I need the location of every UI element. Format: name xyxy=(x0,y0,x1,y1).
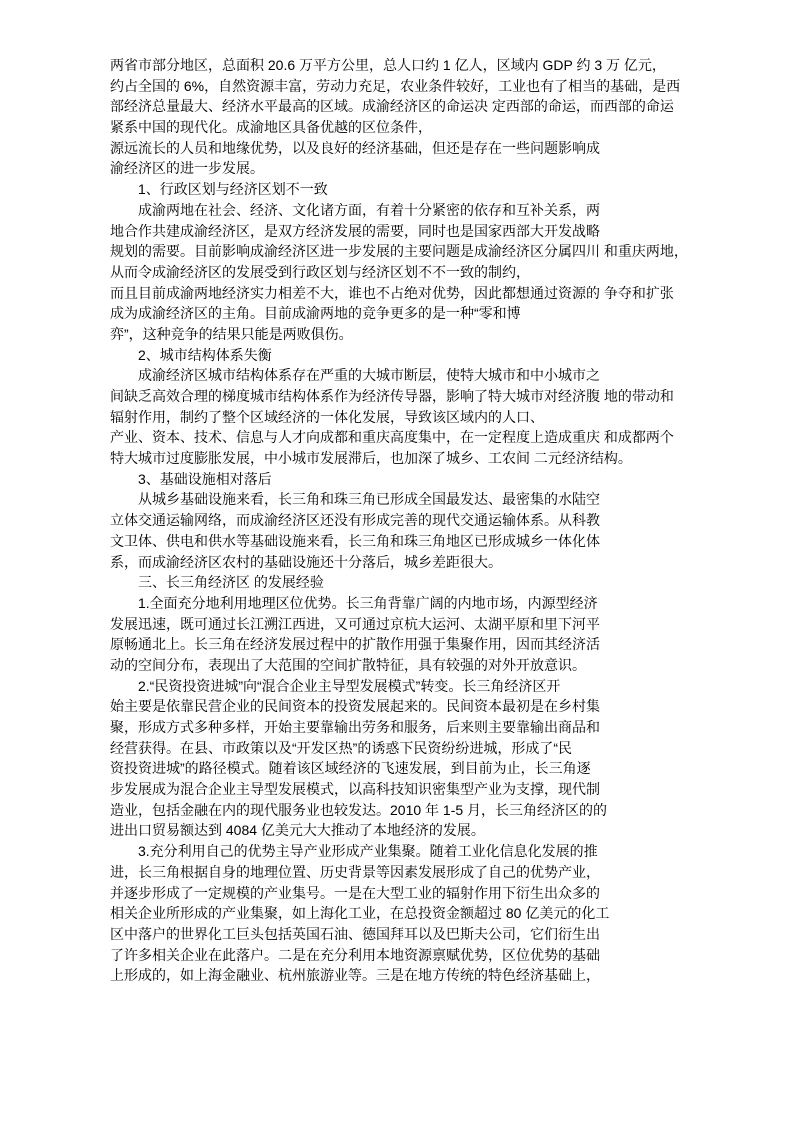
text-line: 从而令成渝经济区的发展受到行政区划与经济区划不不一致的制约， xyxy=(110,262,710,283)
document-page: 两省市部分地区，总面积 20.6 万平方公里，总人口约 1 亿人，区域内 GDP… xyxy=(0,0,794,1122)
text-line: 并逐步形成了一定规模的产业集号。一是在大型工业的辐射作用下衍生出众多的 xyxy=(110,883,710,904)
text-line: 进，长三角根据自身的地理位置、历史背景等因素发展形成了自己的优势产业， xyxy=(110,862,710,883)
text-line: 1.全面充分地利用地理区位优势。长三角背靠广阔的内地市场，内源型经济 xyxy=(110,593,710,614)
text-line: 约占全国的 6%，自然资源丰富，劳动力充足，农业条件较好，工业也有了相当的基础，… xyxy=(110,76,710,97)
text-line: 始主要是依靠民营企业的民间资本的投资发展起来的。民间资本最初是在乡村集 xyxy=(110,696,710,717)
text-line: 而且目前成渝两地经济实力相差不大，谁也不占绝对优势，因此都想通过资源的 争夺和扩… xyxy=(110,283,710,304)
text-line: 原畅通北上。长三角在经济发展过程中的扩散作用强于集聚作用，因而其经济活 xyxy=(110,634,710,655)
section-heading-line: 1、行政区划与经济区划不一致 xyxy=(110,179,710,200)
text-line: 源远流长的人员和地缘优势，以及良好的经济基础，但还是存在一些问题影响成 xyxy=(110,138,710,159)
text-line: 系，而成渝经济区农村的基础设施还十分落后，城乡差距很大。 xyxy=(110,552,710,573)
text-line: 紧系中国的现代化。成渝地区具备优越的区位条件， xyxy=(110,117,710,138)
text-line: 相关企业所形成的产业集聚，如上海化工业，在总投资金额超过 80 亿美元的化工 xyxy=(110,903,710,924)
text-line: 特大城市过度膨胀发展，中小城市发展滞后，也加深了城乡、工农间 二元经济结构。 xyxy=(110,448,710,469)
text-line: 文卫体、供电和供水等基础设施来看，长三角和珠三角地区已形成城乡一体化体 xyxy=(110,531,710,552)
text-line: 2.“民资投资进城”向“混合企业主导型发展模式”转变。长三角经济区开 xyxy=(110,676,710,697)
text-line: 了许多相关企业在此落户。二是在充分利用本地资源禀赋优势，区位优势的基础 xyxy=(110,945,710,966)
section-heading-line: 三、长三角经济区 的发展经验 xyxy=(110,572,710,593)
text-line: 渝经济区的进一步发展。 xyxy=(110,158,710,179)
text-line: 成为成渝经济区的主角。目前成渝两地的竞争更多的是一种“零和博 xyxy=(110,303,710,324)
text-line: 两省市部分地区，总面积 20.6 万平方公里，总人口约 1 亿人，区域内 GDP… xyxy=(110,55,710,76)
section-heading-line: 2、城市结构体系失衡 xyxy=(110,345,710,366)
text-line: 规划的需要。目前影响成渝经济区进一步发展的主要问题是成渝经济区分属四川 和重庆两… xyxy=(110,241,710,262)
text-line: 发展迅速，既可通过长江溯江西进，又可通过京杭大运河、太湖平原和里下河平 xyxy=(110,614,710,635)
text-line: 资投资进城”的路径模式。随着该区域经济的飞速发展，到目前为止，长三角逐 xyxy=(110,758,710,779)
text-line: 辐射作用，制约了整个区域经济的一体化发展，导致该区域内的人口、 xyxy=(110,407,710,428)
text-line: 地合作共建成渝经济区，是双方经济发展的需要，同时也是国家西部大开发战略 xyxy=(110,221,710,242)
text-line: 动的空间分布，表现出了大范围的空间扩散特征，具有较强的对外开放意识。 xyxy=(110,655,710,676)
text-line: 弈”，这种竞争的结果只能是两败俱伤。 xyxy=(110,324,710,345)
section-heading-line: 3、基础设施相对落后 xyxy=(110,469,710,490)
text-line: 立体交通运输网络，而成渝经济区还没有形成完善的现代交通运输体系。从科教 xyxy=(110,510,710,531)
text-line: 部经济总量最大、经济水平最高的区域。成渝经济区的命运决 定西部的命运，而西部的命… xyxy=(110,96,710,117)
text-line: 上形成的，如上海金融业、杭州旅游业等。三是在地方传统的特色经济基础上， xyxy=(110,965,710,986)
text-line: 间缺乏高效合理的梯度城市结构体系作为经济传导器，影响了特大城市对经济腹 地的带动… xyxy=(110,386,710,407)
text-line: 经营获得。在县、市政策以及“开发区热”的诱惑下民资纷纷进城，形成了“民 xyxy=(110,738,710,759)
text-line: 成渝经济区城市结构体系存在严重的大城市断层，使特大城市和中小城市之 xyxy=(110,365,710,386)
text-line: 聚，形成方式多种多样，开始主要靠输出劳务和服务，后来则主要靠输出商品和 xyxy=(110,717,710,738)
text-line: 成渝两地在社会、经济、文化诸方面，有着十分紧密的依存和互补关系，两 xyxy=(110,200,710,221)
text-line: 进出口贸易额达到 4084 亿美元大大推动了本地经济的发展。 xyxy=(110,820,710,841)
text-line: 3.充分利用自己的优势主导产业形成产业集聚。随着工业化信息化发展的推 xyxy=(110,841,710,862)
text-line: 区中落户的世界化工巨头包括英国石油、德国拜耳以及巴斯夫公司，它们衍生出 xyxy=(110,924,710,945)
text-line: 产业、资本、技术、信息与人才向成都和重庆高度集中，在一定程度上造成重庆 和成都两… xyxy=(110,427,710,448)
text-line: 步发展成为混合企业主导型发展模式，以高科技知识密集型产业为支撑，现代制 xyxy=(110,779,710,800)
text-line: 从城乡基础设施来看，长三角和珠三角已形成全国最发达、最密集的水陆空 xyxy=(110,489,710,510)
text-line: 造业，包括金融在内的现代服务业也较发达。2010 年 1-5 月，长三角经济区的… xyxy=(110,800,710,821)
document-text-block: 两省市部分地区，总面积 20.6 万平方公里，总人口约 1 亿人，区域内 GDP… xyxy=(110,55,710,986)
